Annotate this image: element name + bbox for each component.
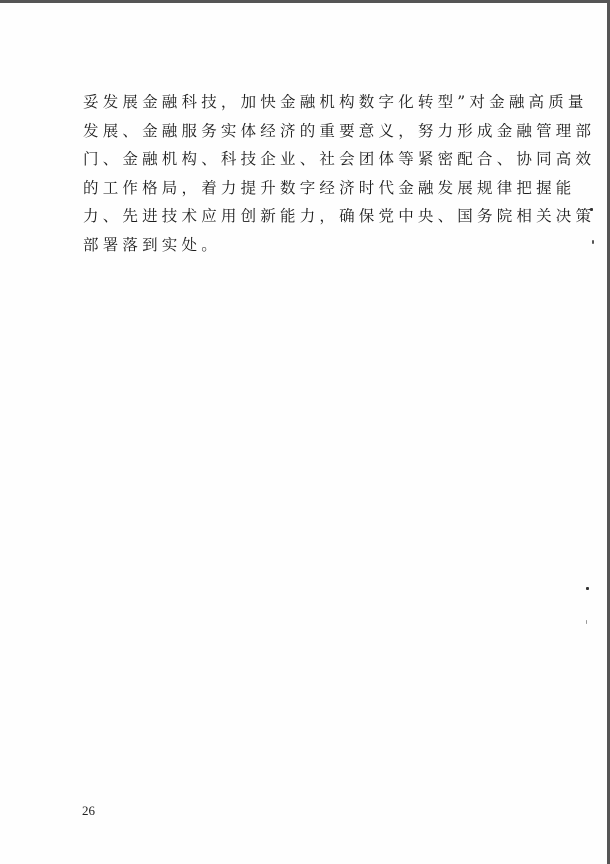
body-paragraph: 妥发展金融科技，加快金融机构数字化转型”对金融高质量 发展、金融服务实体经济的重…: [83, 88, 523, 260]
scan-speck: [590, 208, 593, 211]
scan-speck: [592, 240, 594, 244]
scan-speck: [586, 587, 589, 590]
paragraph-line: 部署落到实处。: [83, 231, 523, 260]
paragraph-line: 发展、金融服务实体经济的重要意义，努力形成金融管理部: [83, 117, 523, 146]
paragraph-line: 的工作格局，着力提升数字经济时代金融发展规律把握能: [83, 174, 523, 203]
paragraph-line: 力、先进技术应用创新能力，确保党中央、国务院相关决策: [83, 202, 523, 231]
page-number: 26: [82, 803, 95, 819]
document-page: 妥发展金融科技，加快金融机构数字化转型”对金融高质量 发展、金融服务实体经济的重…: [0, 3, 607, 864]
scan-speck: [586, 620, 587, 624]
document-viewer: 妥发展金融科技，加快金融机构数字化转型”对金融高质量 发展、金融服务实体经济的重…: [0, 0, 610, 864]
paragraph-line: 妥发展金融科技，加快金融机构数字化转型”对金融高质量: [83, 88, 523, 117]
paragraph-line: 门、金融机构、科技企业、社会团体等紧密配合、协同高效: [83, 145, 523, 174]
